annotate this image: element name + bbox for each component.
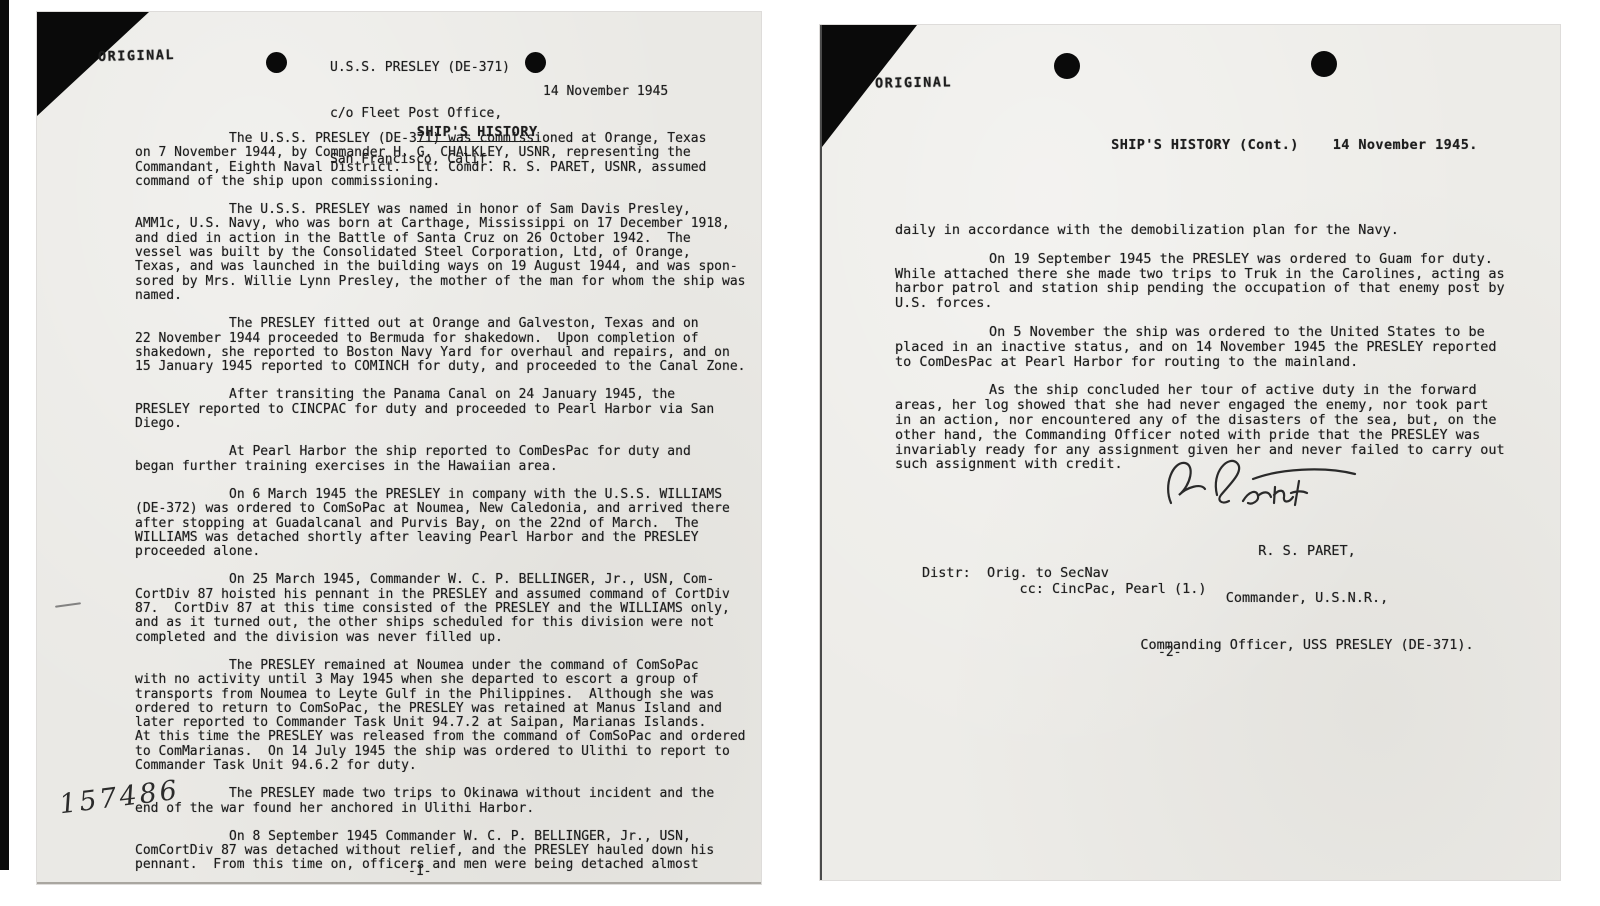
- page-2-body: daily in accordance with the demobilizat…: [895, 223, 1550, 486]
- pencil-smudge-mark: [55, 602, 81, 608]
- punch-hole-icon: [266, 52, 287, 73]
- letterhead-ship-name: U.S.S. PRESLEY (DE-371): [330, 60, 510, 75]
- page-number: -2-: [1158, 645, 1181, 660]
- paragraph: The PRESLEY remained at Noumea under the…: [135, 659, 749, 773]
- paragraph: daily in accordance with the demobilizat…: [895, 223, 1550, 238]
- date-line: 14 November 1945.: [1333, 137, 1478, 153]
- page-1-body: The U.S.S. PRESLEY (DE-371) was commissi…: [135, 132, 749, 887]
- signer-name: R. S. PARET,: [1105, 544, 1509, 560]
- paragraph: The U.S.S. PRESLEY (DE-371) was commissi…: [135, 132, 749, 189]
- paragraph: On 6 March 1945 the PRESLEY in company w…: [135, 488, 749, 559]
- page-number: -1-: [408, 864, 431, 879]
- document-page-1: ORIGINAL U.S.S. PRESLEY (DE-371) c/o Fle…: [37, 12, 761, 884]
- paragraph: After transiting the Panama Canal on 24 …: [135, 388, 749, 431]
- paragraph: On 8 September 1945 Commander W. C. P. B…: [135, 830, 749, 873]
- date-line: 14 November 1945: [543, 84, 668, 99]
- paragraph: The PRESLEY made two trips to Okinawa wi…: [135, 787, 749, 816]
- page-title-text: SHIP'S HISTORY (Cont.): [1111, 137, 1299, 153]
- paragraph: The PRESLEY fitted out at Orange and Gal…: [135, 317, 749, 374]
- page-title: SHIP'S HISTORY (Cont.)14 November 1945.: [1060, 121, 1478, 169]
- paragraph: On 19 September 1945 the PRESLEY was ord…: [895, 252, 1550, 311]
- distribution-list: Distr: Orig. to SecNav cc: CincPac, Pear…: [922, 566, 1206, 597]
- original-stamp-label: ORIGINAL: [875, 74, 952, 91]
- original-stamp-label: ORIGINAL: [98, 47, 175, 65]
- punch-hole-icon: [525, 52, 546, 73]
- punch-hole-icon: [1311, 51, 1337, 77]
- paragraph: The U.S.S. PRESLEY was named in honor of…: [135, 203, 749, 303]
- scanner-edge-strip: [0, 0, 9, 870]
- document-page-2: ORIGINAL SHIP'S HISTORY (Cont.)14 Novemb…: [820, 25, 1560, 880]
- paragraph: At Pearl Harbor the ship reported to Com…: [135, 445, 749, 474]
- paragraph: On 5 November the ship was ordered to th…: [895, 325, 1550, 369]
- paragraph: On 25 March 1945, Commander W. C. P. BEL…: [135, 573, 749, 644]
- punch-hole-icon: [1054, 53, 1080, 79]
- signature-scrawl: [1157, 453, 1372, 517]
- scanned-document-canvas: ORIGINAL U.S.S. PRESLEY (DE-371) c/o Fle…: [0, 0, 1600, 906]
